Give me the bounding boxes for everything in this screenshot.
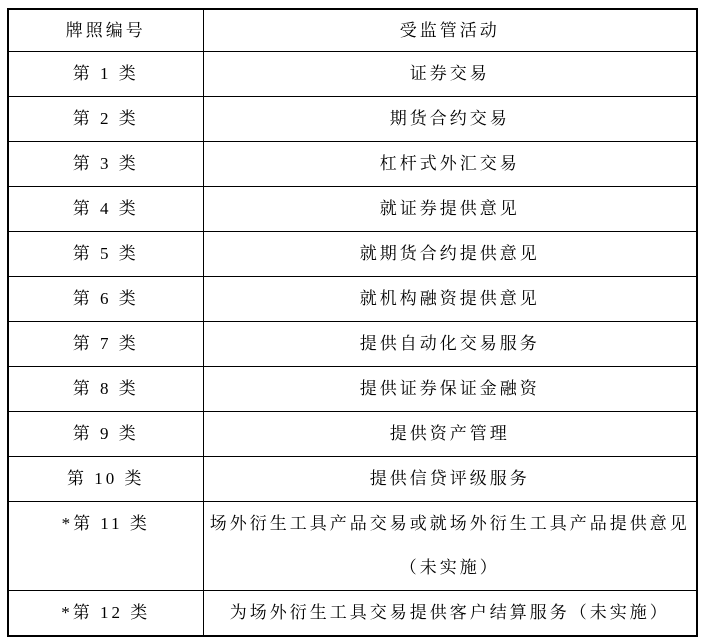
activity-line: 提供自动化交易服务 — [204, 322, 697, 366]
activity-line: 提供信贷评级服务 — [204, 457, 697, 501]
activity-line: 提供证券保证金融资 — [204, 367, 697, 411]
table-row: 第 7 类提供自动化交易服务 — [8, 322, 697, 367]
activity-cell: 就证券提供意见 — [203, 187, 697, 232]
table-row: 第 8 类提供证券保证金融资 — [8, 367, 697, 412]
activity-cell: 提供证券保证金融资 — [203, 367, 697, 412]
license-cell: 第 5 类 — [8, 232, 203, 277]
activity-cell: 杠杆式外汇交易 — [203, 142, 697, 187]
table-row: *第 12 类为场外衍生工具交易提供客户结算服务（未实施） — [8, 591, 697, 637]
license-cell: 第 7 类 — [8, 322, 203, 367]
license-cell: 第 8 类 — [8, 367, 203, 412]
activity-line: 就期货合约提供意见 — [204, 232, 697, 276]
table-row: 第 9 类提供资产管理 — [8, 412, 697, 457]
table-row: 第 2 类期货合约交易 — [8, 97, 697, 142]
license-cell: 第 1 类 — [8, 52, 203, 97]
table-row: 第 4 类就证券提供意见 — [8, 187, 697, 232]
activity-cell: 证券交易 — [203, 52, 697, 97]
license-table: 牌照编号 受监管活动 第 1 类证券交易第 2 类期货合约交易第 3 类杠杆式外… — [7, 8, 698, 637]
table-body: 第 1 类证券交易第 2 类期货合约交易第 3 类杠杆式外汇交易第 4 类就证券… — [8, 52, 697, 637]
activity-cell: 为场外衍生工具交易提供客户结算服务（未实施） — [203, 591, 697, 637]
license-cell: *第 11 类 — [8, 502, 203, 591]
table-row: *第 11 类场外衍生工具产品交易或就场外衍生工具产品提供意见（未实施） — [8, 502, 697, 591]
table-row: 第 6 类就机构融资提供意见 — [8, 277, 697, 322]
activity-line: 提供资产管理 — [204, 412, 697, 456]
activity-line: 就机构融资提供意见 — [204, 277, 697, 321]
license-cell: 第 9 类 — [8, 412, 203, 457]
header-regulated-activity: 受监管活动 — [203, 9, 697, 52]
activity-line: 为场外衍生工具交易提供客户结算服务（未实施） — [204, 591, 697, 635]
activity-line: （未实施） — [204, 546, 697, 590]
activity-cell: 就机构融资提供意见 — [203, 277, 697, 322]
activity-cell: 提供资产管理 — [203, 412, 697, 457]
activity-cell: 就期货合约提供意见 — [203, 232, 697, 277]
license-cell: 第 6 类 — [8, 277, 203, 322]
table-header-row: 牌照编号 受监管活动 — [8, 9, 697, 52]
license-cell: 第 3 类 — [8, 142, 203, 187]
table-row: 第 3 类杠杆式外汇交易 — [8, 142, 697, 187]
activity-cell: 提供信贷评级服务 — [203, 457, 697, 502]
activity-line: 场外衍生工具产品交易或就场外衍生工具产品提供意见 — [204, 502, 697, 546]
header-license-number: 牌照编号 — [8, 9, 203, 52]
license-cell: *第 12 类 — [8, 591, 203, 637]
license-cell: 第 10 类 — [8, 457, 203, 502]
license-cell: 第 4 类 — [8, 187, 203, 232]
activity-cell: 期货合约交易 — [203, 97, 697, 142]
license-cell: 第 2 类 — [8, 97, 203, 142]
activity-line: 证券交易 — [204, 52, 697, 96]
activity-cell: 场外衍生工具产品交易或就场外衍生工具产品提供意见（未实施） — [203, 502, 697, 591]
activity-line: 期货合约交易 — [204, 97, 697, 141]
table-row: 第 10 类提供信贷评级服务 — [8, 457, 697, 502]
table-row: 第 5 类就期货合约提供意见 — [8, 232, 697, 277]
table-row: 第 1 类证券交易 — [8, 52, 697, 97]
activity-line: 就证券提供意见 — [204, 187, 697, 231]
activity-line: 杠杆式外汇交易 — [204, 142, 697, 186]
activity-cell: 提供自动化交易服务 — [203, 322, 697, 367]
document-page: 牌照编号 受监管活动 第 1 类证券交易第 2 类期货合约交易第 3 类杠杆式外… — [0, 0, 705, 639]
